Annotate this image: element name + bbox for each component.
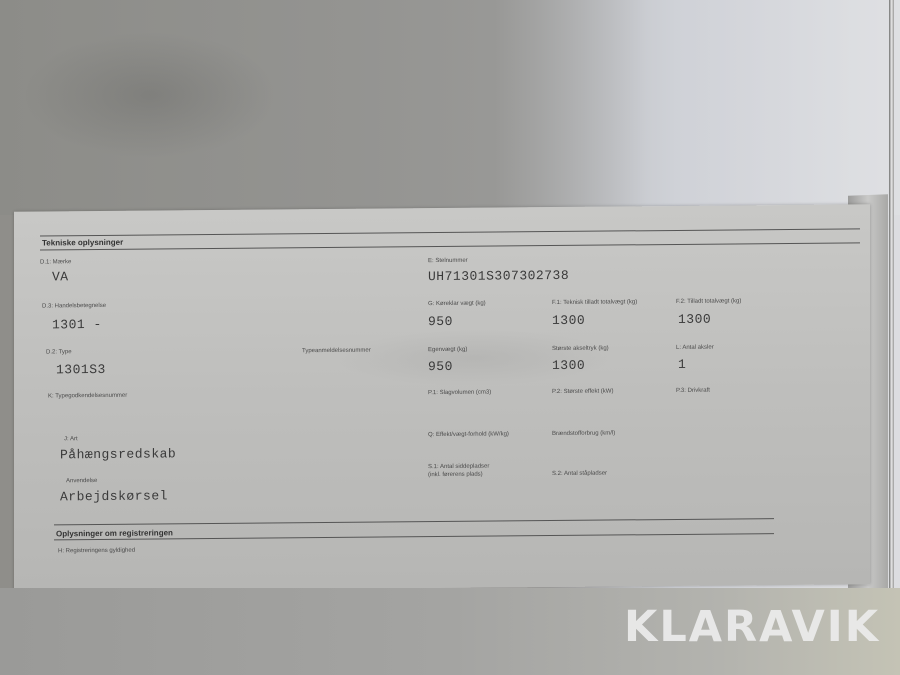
- usage-value: Arbejdskørsel: [60, 488, 168, 504]
- permitted-total-weight-label: F.2: Tilladt totalvægt (kg): [676, 298, 741, 305]
- technical-total-weight-label: F.1: Teknisk tilladt totalvægt (kg): [552, 299, 637, 306]
- seats-label-sub: (inkl. førerens plads): [428, 472, 483, 478]
- registration-validity-label: H: Registreringens gyldighed: [58, 548, 135, 555]
- standing-places-label: S.2: Antal ståpladser: [552, 471, 607, 477]
- kind-label: J: Art: [64, 436, 78, 442]
- axle-count-value: 1: [678, 357, 686, 372]
- fuel-type-label: P.3: Drivkraft: [676, 388, 710, 394]
- technical-total-weight-value: 1300: [552, 313, 585, 328]
- max-power-label: P.2: Største effekt (kW): [552, 389, 613, 396]
- section-registration-heading: Oplysninger om registreringen: [56, 528, 173, 538]
- vin-label: E: Stelnummer: [428, 258, 468, 264]
- trade-name-value: 1301 -: [52, 317, 102, 332]
- own-weight-value: 950: [428, 359, 453, 374]
- type-approval-label: Typeanmeldelsesnummer: [302, 348, 371, 355]
- own-weight-label: Egenvægt (kg): [428, 347, 467, 353]
- type-value: 1301S3: [56, 362, 106, 377]
- fuel-consumption-label: Brændstofforbrug (km/l): [552, 430, 615, 437]
- curb-weight-value: 950: [428, 314, 453, 329]
- type-label: D.2: Type: [46, 349, 72, 355]
- brand-label: D.1: Mærke: [40, 259, 71, 265]
- vin-value: UH71301S307302738: [428, 268, 569, 284]
- axle-load-label: Største akseltryk (kg): [552, 346, 609, 352]
- section-technical-heading: Tekniske oplysninger: [42, 238, 123, 248]
- blurred-background: [0, 0, 900, 215]
- divider: [40, 228, 860, 236]
- divider: [40, 242, 860, 250]
- klaravik-watermark-logo: KLARAVIK: [624, 602, 880, 652]
- displacement-label: P.1: Slagvolumen (cm3): [428, 390, 491, 397]
- axle-count-label: L: Antal aksler: [676, 345, 714, 351]
- power-weight-ratio-label: Q: Effekt/vægt-forhold (kW/kg): [428, 431, 509, 438]
- curb-weight-label: G: Køreklar vægt (kg): [428, 301, 486, 308]
- kind-value: Påhængsredskab: [60, 446, 176, 462]
- divider: [54, 518, 774, 525]
- trade-name-label: D.3: Handelsbetegnelse: [42, 303, 106, 310]
- registration-document: Tekniske oplysninger D.1: Mærke VA D.3: …: [14, 204, 870, 591]
- window-frame-edge: [889, 0, 894, 590]
- permitted-total-weight-value: 1300: [678, 312, 711, 327]
- approval-number-label: K: Typegodkendelsesnummer: [48, 393, 127, 400]
- usage-label: Anvendelse: [66, 478, 97, 484]
- axle-load-value: 1300: [552, 358, 585, 373]
- seats-label: S.1: Antal siddepladser: [428, 464, 489, 471]
- brand-value: VA: [52, 269, 69, 284]
